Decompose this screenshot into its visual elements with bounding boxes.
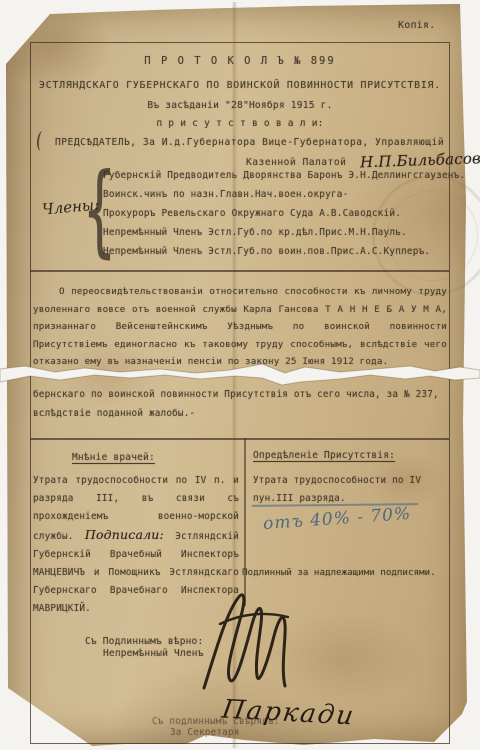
protocol-subtitle: ЭСТЛЯНДСКАГО ГУБЕРНСКАГО ПО ВОИНСКОЙ ПОВ… (33, 80, 447, 91)
copy-label: Копія. (398, 20, 435, 31)
doctors-opinion-header: Мнѣніе врачей: (72, 452, 155, 463)
horizontal-tear (0, 360, 480, 390)
torn-fragment-line: бернскаго по воинской повинности Присутс… (33, 389, 439, 400)
member-line: Непремѣнный Членъ Эстл.Губ.по воин.пов.П… (103, 246, 430, 257)
permanent-member-line: Непремѣнный Членъ (103, 648, 204, 659)
session-date-line: Въ засѣданіи "28"Ноября 1915 г. (60, 100, 420, 111)
member-line: Губернскій Предводитель Дворянства Барон… (103, 170, 465, 181)
for-secretary-line: За Секретаря (170, 727, 240, 738)
presence-ruling-header: Опредѣленіе Присутствія: (253, 450, 395, 461)
scanned-protocol-document: Копія. П Р О Т О К О Л Ъ № 899 ЭСТЛЯНДСК… (0, 0, 480, 750)
authentic-signatures-line: Подлинный за надлежащими подписями. (242, 567, 436, 578)
column-divider (244, 438, 246, 606)
horizontal-divider (30, 438, 449, 440)
protocol-title: П Р О Т О К О Л Ъ № 899 (60, 55, 420, 67)
horizontal-divider (30, 270, 449, 272)
signed-label-handwritten: Подписали: (85, 527, 164, 542)
member-signature-flourish-icon (198, 590, 293, 695)
chairman-handwritten-signature: Н.П.Бильбасовъ. (360, 149, 480, 172)
member-line: Непремѣнный Членъ Эстл.Губ.по кр.дѣл.При… (103, 227, 407, 238)
certified-true-line: Съ Подлиннымъ вѣрно: (85, 636, 203, 647)
resolution-paragraph: О переосвидѣтельствованіи относительно с… (33, 283, 447, 371)
member-line: Воинск.чинъ по назн.Главн.Нач.воен.округ… (103, 189, 348, 200)
chairman-line: ПРЕДСѢДАТЕЛЬ, За И.д.Губернатора Вице-Гу… (55, 137, 444, 148)
margin-tick-mark (36, 131, 48, 152)
present-heading: п р и с у т с т в о в а л и: (60, 118, 420, 129)
torn-fragment-line: вслѣдствіе поданной жалобы.- (33, 408, 195, 419)
chairman-line2: Казенной Палатой (246, 157, 346, 168)
member-line: Прокуроръ Ревельскаго Окружнаго Суда А.В… (103, 208, 401, 219)
chairman-line2-row: Казенной Палатой Н.П.Бильбасовъ. (246, 151, 480, 169)
